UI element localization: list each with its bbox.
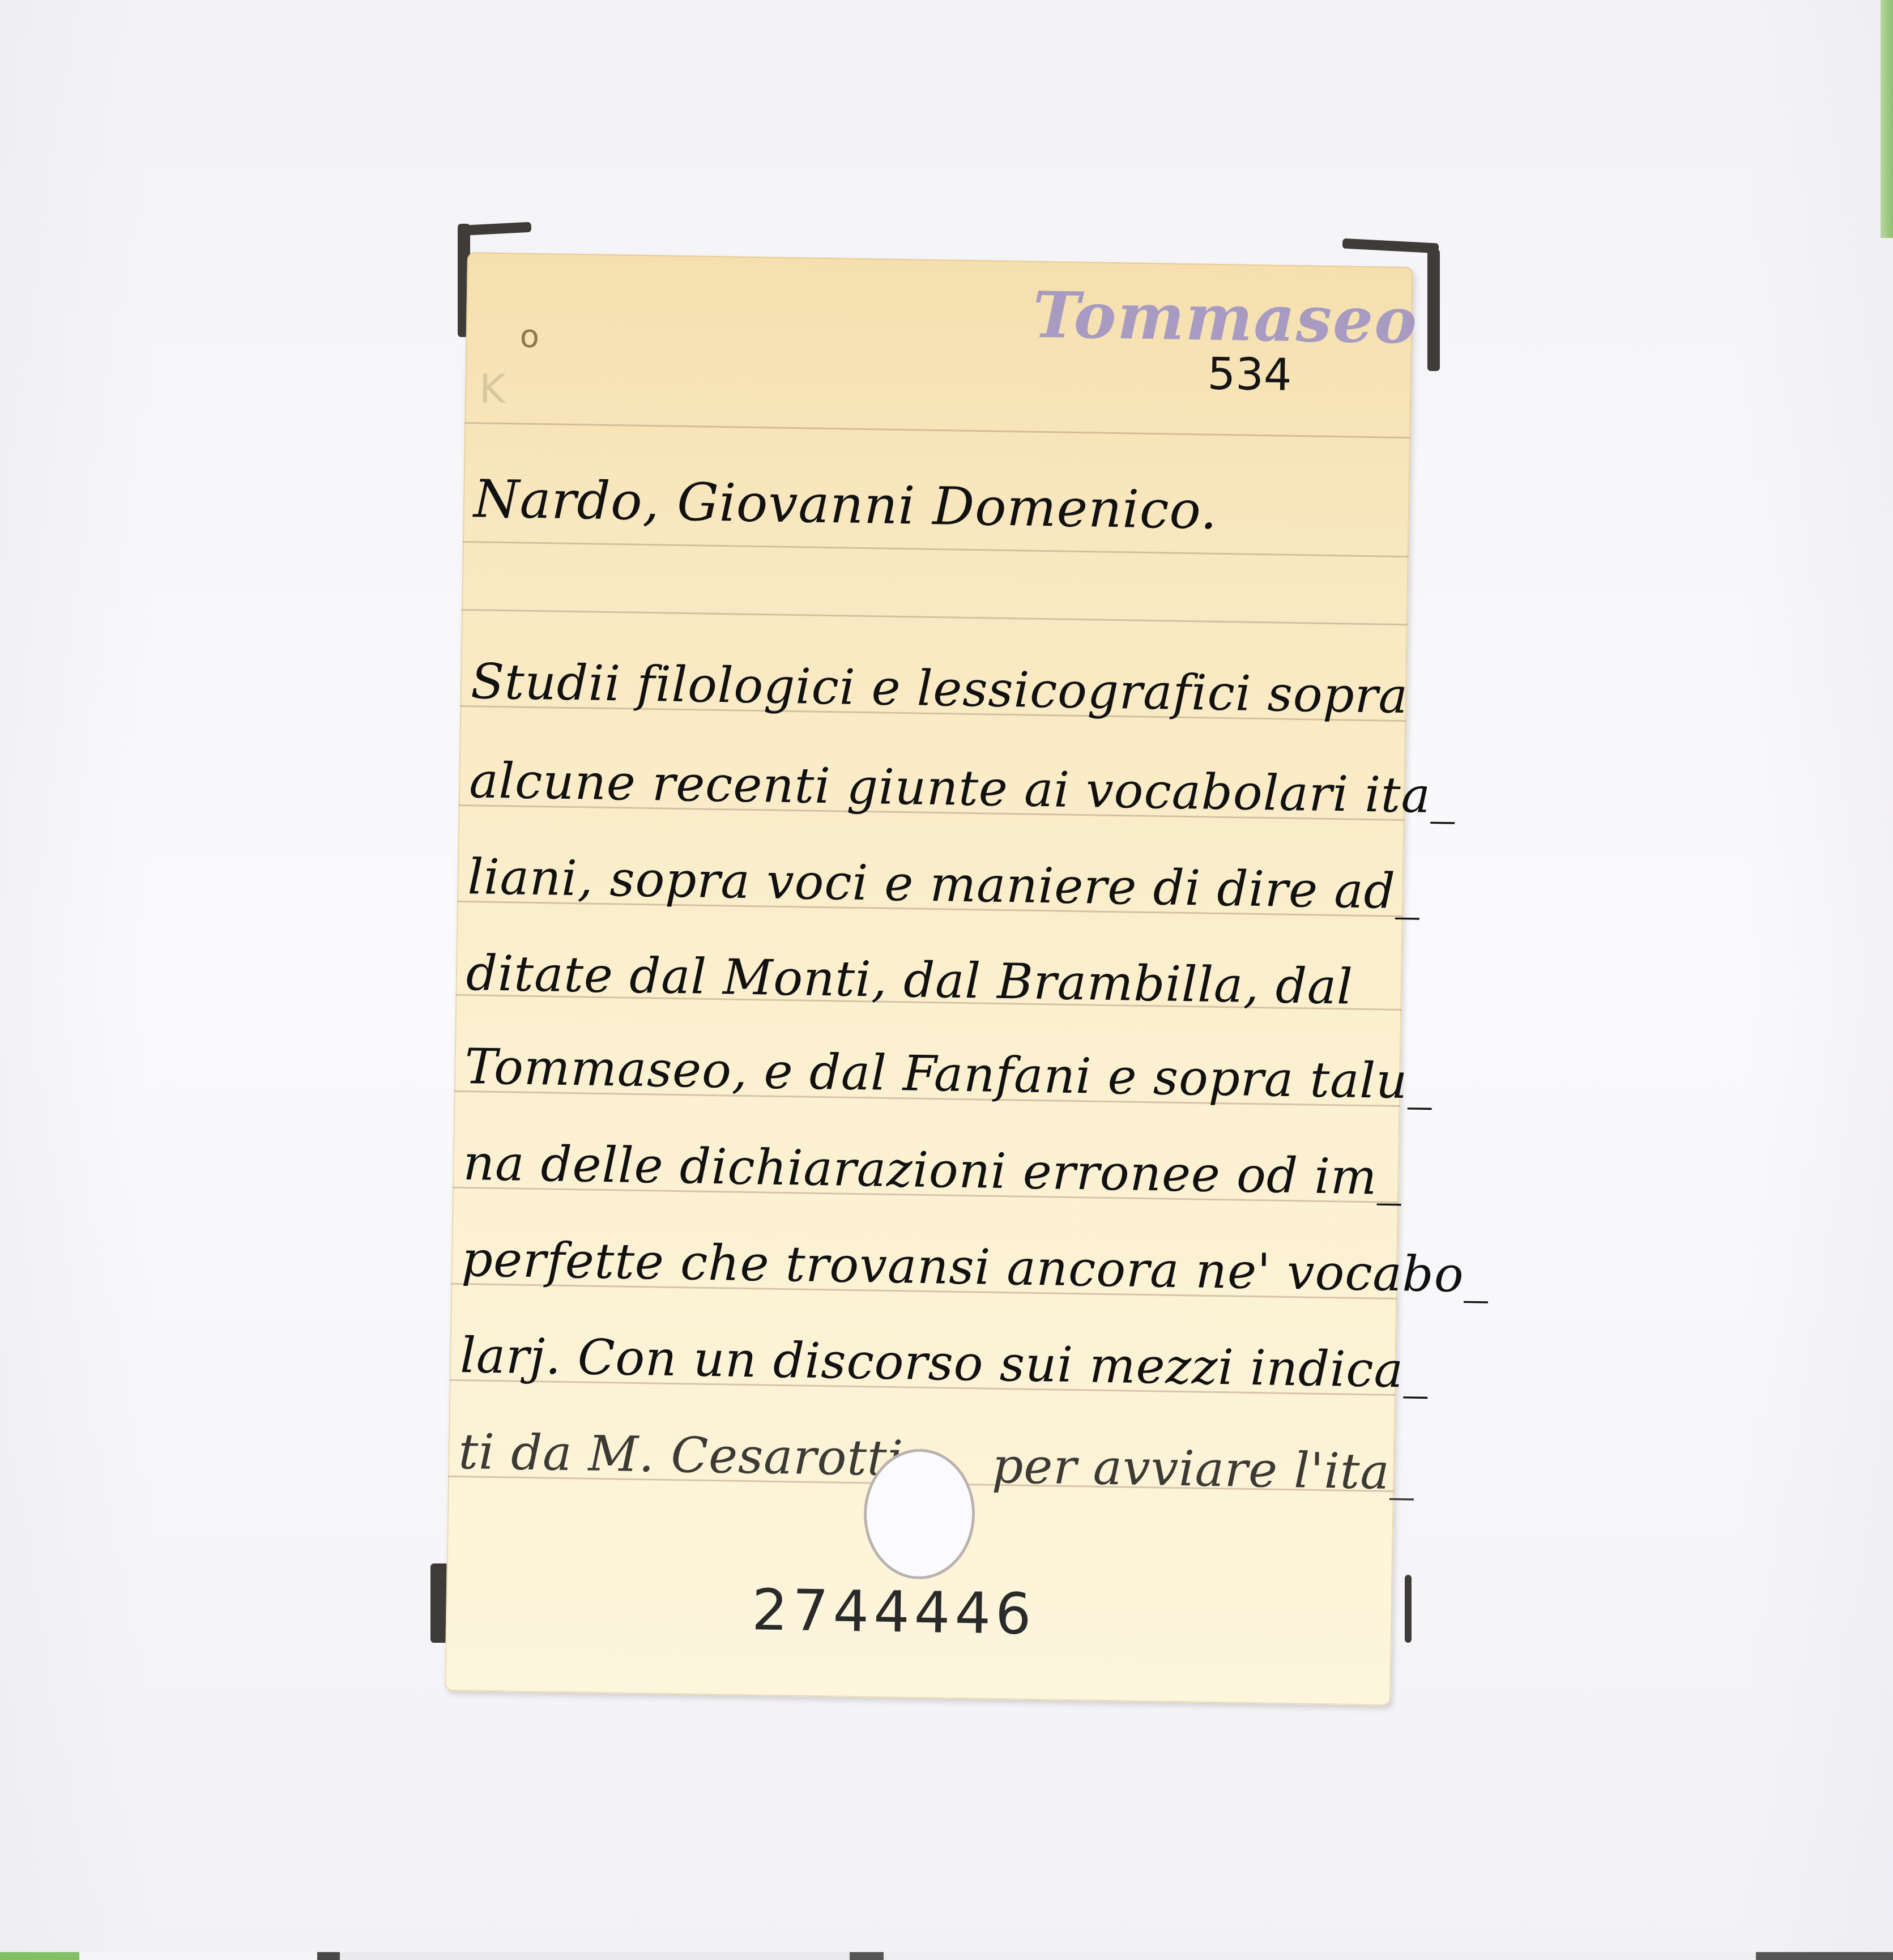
green-edge-strip	[1881, 0, 1893, 238]
margin-mark-k: K	[479, 365, 506, 412]
punch-hole	[863, 1448, 976, 1580]
title-line: liani, sopra voci e maniere di dire ad_	[467, 853, 1392, 916]
catalog-card: Tommaseo 534 o K Nardo, Giovanni Domenic…	[445, 252, 1413, 1706]
title-line: ditate dal Monti, dal Brambilla, dal	[466, 949, 1391, 1012]
title-line: ti da M. Cesarotti	[458, 1428, 904, 1483]
corner-clip-top-right	[1427, 249, 1440, 371]
title-line: larj. Con un discorso sui mezzi indica_	[460, 1331, 1385, 1395]
author-heading: Nardo, Giovanni Domenico.	[473, 473, 1398, 540]
title-line: Studii filologici e lessicografici sopra	[470, 657, 1395, 721]
collection-stamp: Tommaseo	[1032, 278, 1418, 359]
corner-clip-bottom-right	[1405, 1575, 1412, 1643]
ruled-line	[462, 609, 1408, 625]
inventory-number: 2744446	[751, 1576, 1036, 1647]
title-line: Tommaseo, e dal Fanfani e sopra talu_	[464, 1042, 1389, 1106]
title-line: alcune recenti giunte ai vocabolari ita_	[469, 756, 1394, 820]
title-line: na delle dichiarazioni erronee od im_	[463, 1139, 1388, 1202]
scan-bottom-edge	[0, 1952, 1893, 1960]
title-line: perfette che trovansi ancora ne' vocabo_	[461, 1235, 1386, 1298]
margin-mark-o: o	[519, 318, 539, 355]
ruled-line	[463, 541, 1409, 557]
ruled-line	[464, 422, 1410, 438]
title-line: per avviare l'ita_	[992, 1442, 1416, 1497]
shelf-number: 534	[1207, 349, 1292, 401]
